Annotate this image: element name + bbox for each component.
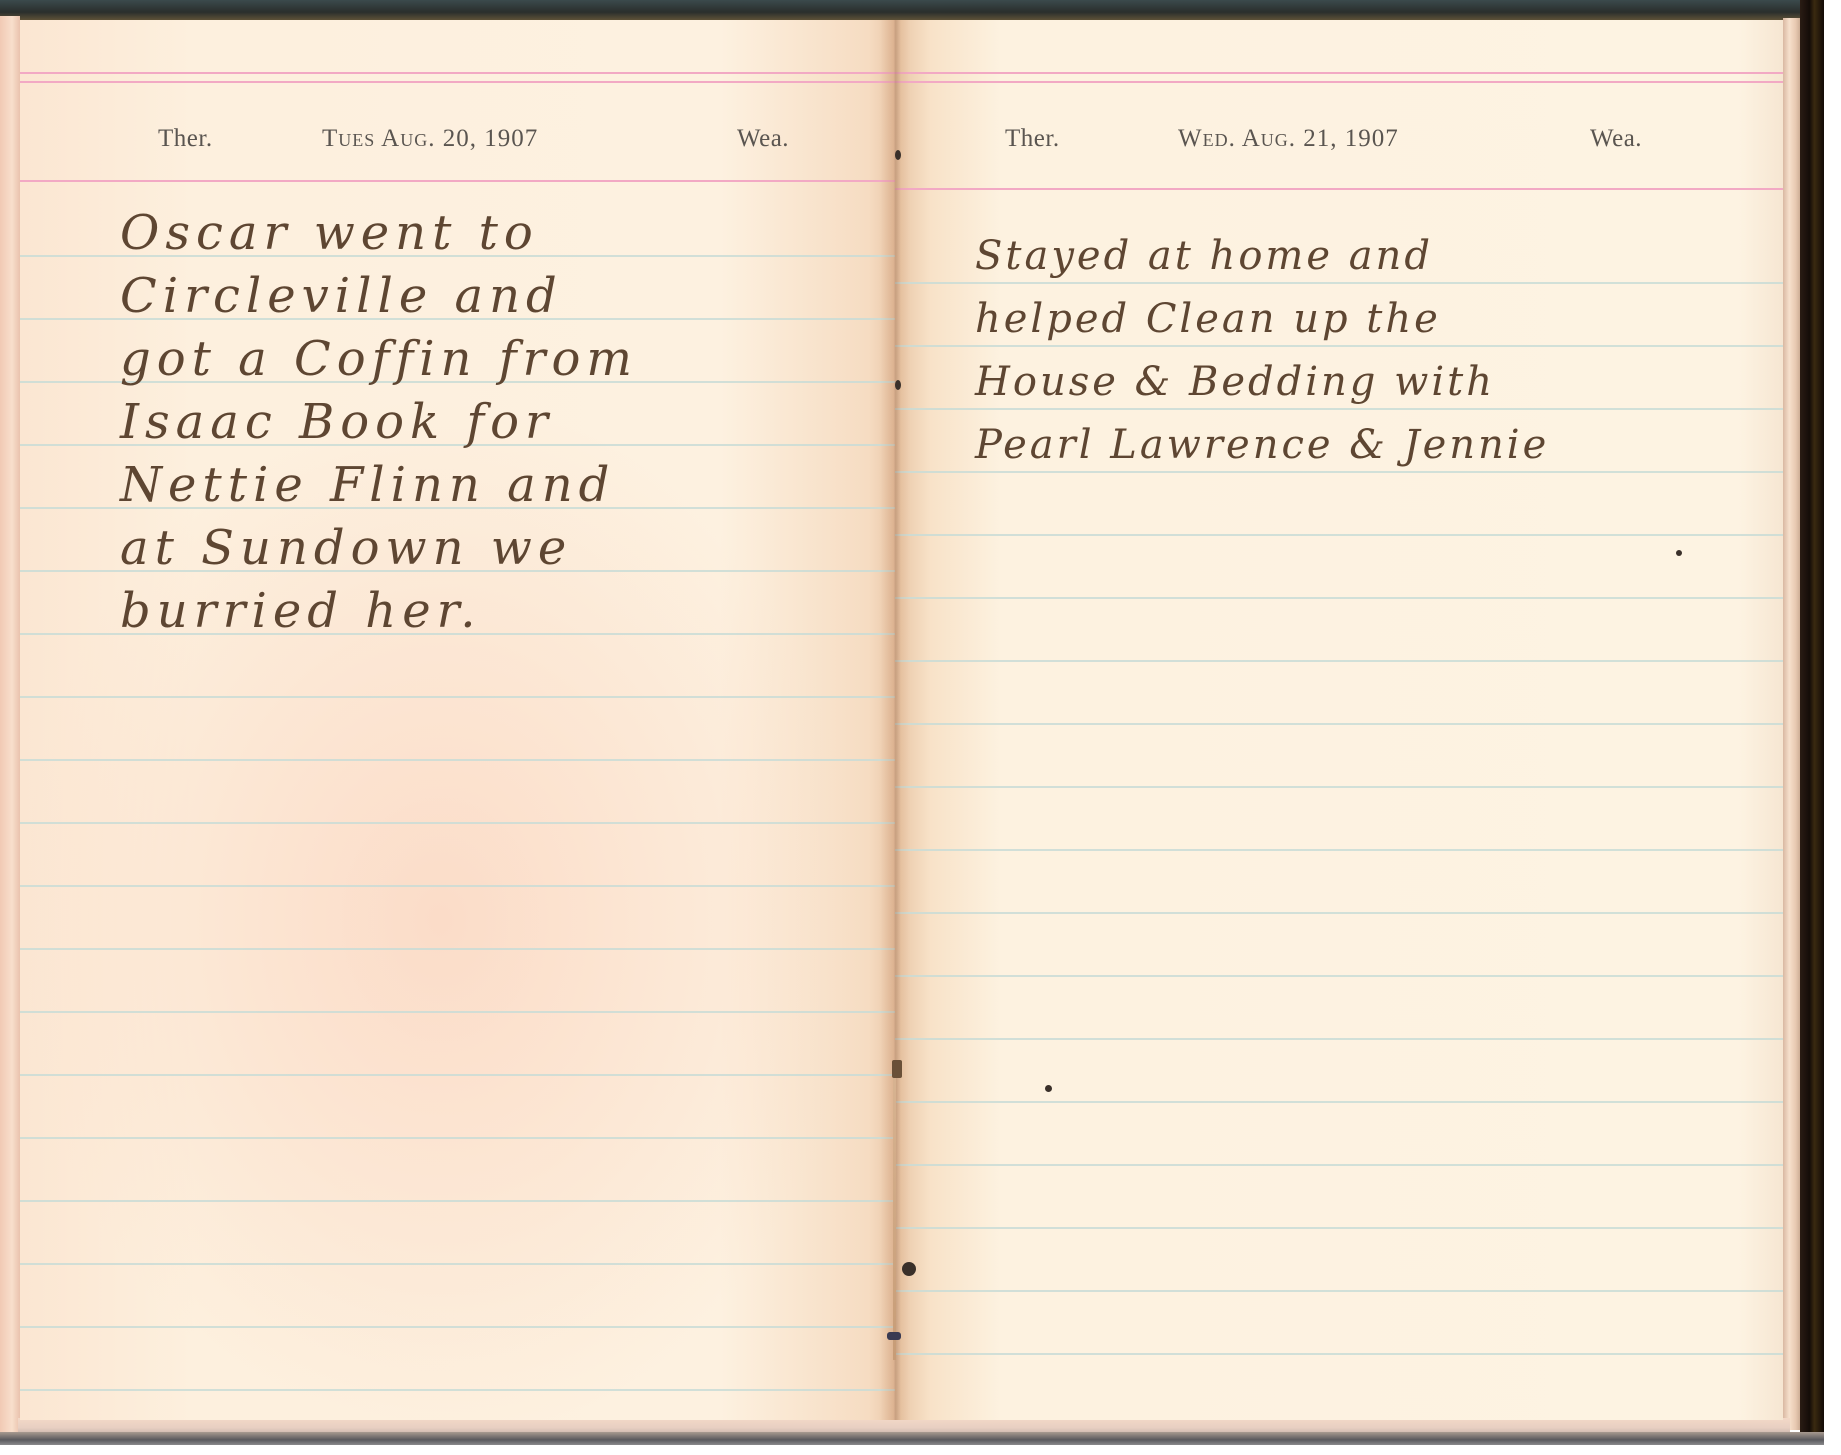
blue-rule xyxy=(895,597,1783,599)
left-page: Ther. Tues Aug. 20, 1907 Wea. Oscar went… xyxy=(20,20,895,1420)
binding-stitch xyxy=(895,150,901,160)
blue-rule xyxy=(20,948,895,950)
entry-line: Nettie Flinn and xyxy=(120,454,638,517)
pink-rule-top-2 xyxy=(20,81,895,83)
blue-rule xyxy=(20,1263,895,1265)
entry-line: at Sundown we xyxy=(120,517,638,580)
page-date: Wed. Aug. 21, 1907 xyxy=(1178,125,1399,153)
blue-rule xyxy=(20,696,895,698)
ink-speck xyxy=(1045,1085,1052,1092)
blue-rule xyxy=(20,885,895,887)
book-cover-bottom-edge xyxy=(0,1432,1824,1445)
entry-line: Oscar went to xyxy=(120,202,638,265)
blue-rule xyxy=(895,1227,1783,1229)
blue-rule xyxy=(895,660,1783,662)
entry-line: helped Clean up the xyxy=(975,288,1549,351)
blue-rule xyxy=(895,1164,1783,1166)
blue-rule xyxy=(20,1200,895,1202)
binding-thread xyxy=(893,1060,896,1360)
pink-rule-top-1 xyxy=(20,72,895,74)
entry-line: Circleville and xyxy=(120,265,638,328)
thermometer-label: Ther. xyxy=(158,125,213,153)
blue-rule xyxy=(20,1326,895,1328)
blue-rule xyxy=(895,975,1783,977)
thermometer-label: Ther. xyxy=(1005,125,1060,153)
entry-line: got a Coffin from xyxy=(120,328,638,391)
page-stack-left-edge xyxy=(0,16,20,1434)
blue-rule xyxy=(895,1038,1783,1040)
pink-rule-header-bottom xyxy=(895,188,1783,190)
entry-line: burried her. xyxy=(120,580,638,643)
book-cover-right-edge xyxy=(1800,0,1824,1445)
pink-rule-top-2 xyxy=(895,81,1783,83)
blue-rule xyxy=(20,1137,895,1139)
blue-rule xyxy=(895,912,1783,914)
blue-rule xyxy=(20,1074,895,1076)
ink-speck xyxy=(1676,550,1682,556)
entry-line: Stayed at home and xyxy=(975,225,1549,288)
binding-stitch xyxy=(892,1060,902,1078)
page-stack-right-edge xyxy=(1783,18,1801,1430)
binding-stitch xyxy=(895,380,901,390)
blue-rule xyxy=(20,1389,895,1391)
binding-stitch xyxy=(887,1332,901,1340)
blue-rule xyxy=(20,759,895,761)
weather-label: Wea. xyxy=(737,125,789,153)
right-page: Ther. Wed. Aug. 21, 1907 Wea. Stayed at … xyxy=(895,20,1783,1420)
book-cover-top-edge xyxy=(0,0,1824,22)
blue-rule xyxy=(895,849,1783,851)
page-date: Tues Aug. 20, 1907 xyxy=(322,125,538,153)
blue-rule xyxy=(895,1101,1783,1103)
binding-stitch xyxy=(902,1262,916,1276)
blue-rule xyxy=(895,786,1783,788)
blue-rule xyxy=(895,1353,1783,1355)
diary-spread: Ther. Tues Aug. 20, 1907 Wea. Oscar went… xyxy=(0,0,1841,1455)
blue-rule xyxy=(895,723,1783,725)
diary-entry: Oscar went to Circleville and got a Coff… xyxy=(120,202,638,643)
entry-line: Pearl Lawrence & Jennie xyxy=(975,414,1549,477)
blue-rule xyxy=(20,822,895,824)
pink-rule-top-1 xyxy=(895,72,1783,74)
weather-label: Wea. xyxy=(1590,125,1642,153)
blue-rule xyxy=(20,1011,895,1013)
entry-line: House & Bedding with xyxy=(975,351,1549,414)
pink-rule-header-bottom xyxy=(20,180,895,182)
diary-entry: Stayed at home and helped Clean up the H… xyxy=(975,225,1549,477)
blue-rule xyxy=(895,1290,1783,1292)
blue-rule xyxy=(895,534,1783,536)
entry-line: Isaac Book for xyxy=(120,391,638,454)
